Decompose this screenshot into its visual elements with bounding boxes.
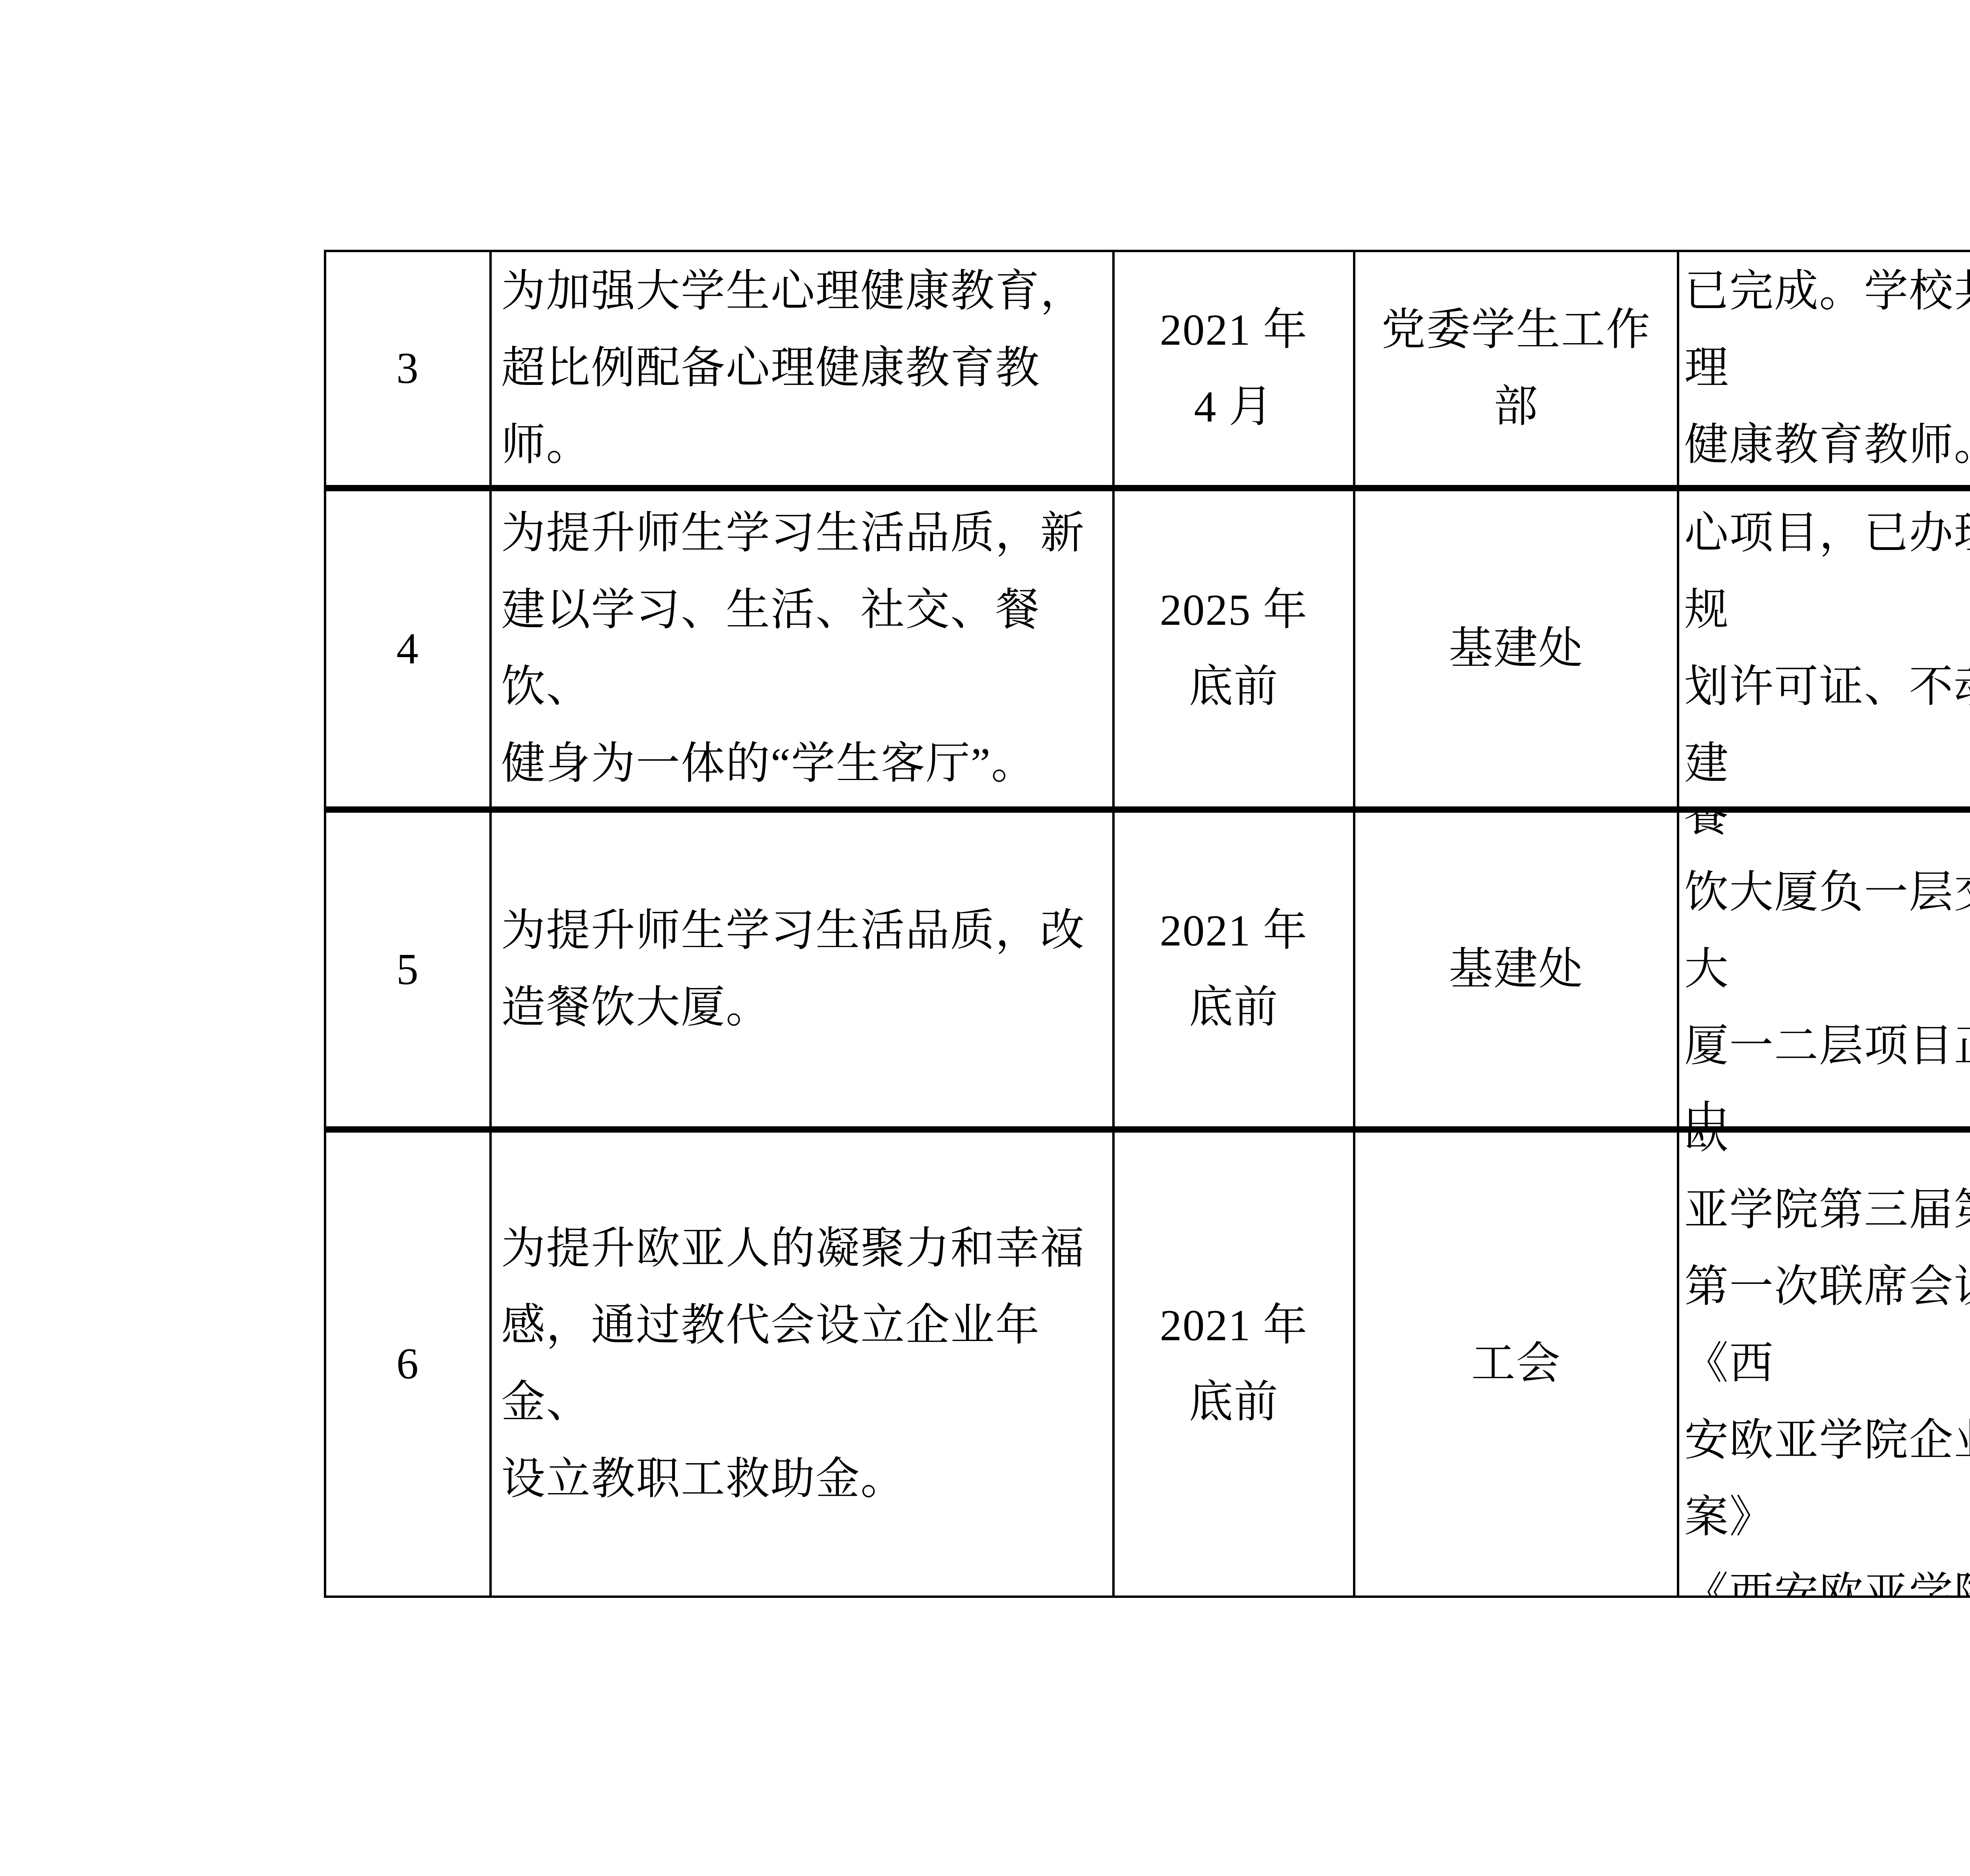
cell-department-text: 党委学生工作 部	[1360, 292, 1672, 446]
cell-no-text: 3	[330, 330, 485, 407]
cell-department-text: 基建处	[1360, 611, 1672, 687]
cell-status-row3: 已完成。学校共计配备 9 名心理 健康教育教师。	[1679, 252, 1970, 491]
cell-department-row6: 工会	[1355, 1133, 1679, 1596]
cell-task-text: 为加强大学生心理健康教育， 超比例配备心理健康教育教 师。	[501, 253, 1102, 484]
cell-deadline-text: 2021 年 4 月	[1119, 292, 1349, 446]
cell-no-row3: 3	[326, 252, 492, 491]
cell-no-row6: 6	[326, 1133, 492, 1596]
cell-deadline-row6: 2021 年 底前	[1115, 1133, 1355, 1596]
cell-department-row5: 基建处	[1355, 813, 1679, 1133]
cell-task-text: 为提升师生学习生活品质，新 建以学习、生活、社交、餐饮、 健身为一体的“学生客厅…	[501, 495, 1102, 802]
cell-deadline-text: 2021 年 底前	[1119, 893, 1349, 1046]
cell-status-row4: 阶段完成情况。学校西区服务中 心项目，已办理完成建设用地规 划许可证、不动产权登…	[1679, 491, 1970, 813]
cell-status-row5: 阶段完成情况。2020 年 8 月，餐 饮大厦负一层交付使用。餐饮大 厦一二层项…	[1679, 813, 1970, 1133]
completion-table: 3为加强大学生心理健康教育， 超比例配备心理健康教育教 师。2021 年 4 月…	[324, 250, 1970, 1598]
cell-task-row6: 为提升欧亚人的凝聚力和幸福 感，通过教代会设立企业年金、 设立教职工救助金。	[492, 1133, 1115, 1596]
cell-deadline-row4: 2025 年 底前	[1115, 491, 1355, 813]
cell-department-row3: 党委学生工作 部	[1355, 252, 1679, 491]
cell-deadline-text: 2025 年 底前	[1119, 572, 1349, 726]
cell-task-row5: 为提升师生学习生活品质，改 造餐饮大厦。	[492, 813, 1115, 1133]
cell-status-text: 已完成。5 月 13 日，举行西安欧 亚学院第三届第三次“双代会” 第一次联席会…	[1684, 1133, 1970, 1596]
cell-task-text: 为提升师生学习生活品质，改 造餐饮大厦。	[501, 893, 1102, 1046]
cell-deadline-row5: 2021 年 底前	[1115, 813, 1355, 1133]
cell-task-row4: 为提升师生学习生活品质，新 建以学习、生活、社交、餐饮、 健身为一体的“学生客厅…	[492, 491, 1115, 813]
cell-no-text: 5	[330, 931, 485, 1008]
cell-department-text: 工会	[1360, 1326, 1672, 1402]
cell-no-text: 6	[330, 1326, 485, 1402]
cell-deadline-text: 2021 年 底前	[1119, 1287, 1349, 1441]
cell-no-row4: 4	[326, 491, 492, 813]
cell-no-text: 4	[330, 611, 485, 687]
document-page: 3为加强大学生心理健康教育， 超比例配备心理健康教育教 师。2021 年 4 月…	[0, 0, 1970, 1876]
cell-no-row5: 5	[326, 813, 492, 1133]
cell-task-row3: 为加强大学生心理健康教育， 超比例配备心理健康教育教 师。	[492, 252, 1115, 491]
cell-status-row6: 已完成。5 月 13 日，举行西安欧 亚学院第三届第三次“双代会” 第一次联席会…	[1679, 1133, 1970, 1596]
cell-task-text: 为提升欧亚人的凝聚力和幸福 感，通过教代会设立企业年金、 设立教职工救助金。	[501, 1211, 1102, 1518]
cell-status-text: 已完成。学校共计配备 9 名心理 健康教育教师。	[1684, 253, 1970, 484]
cell-department-text: 基建处	[1360, 931, 1672, 1008]
cell-department-row4: 基建处	[1355, 491, 1679, 813]
cell-deadline-row3: 2021 年 4 月	[1115, 252, 1355, 491]
cell-status-text: 阶段完成情况。2020 年 8 月，餐 饮大厦负一层交付使用。餐饮大 厦一二层项…	[1684, 813, 1970, 1133]
cell-status-text: 阶段完成情况。学校西区服务中 心项目，已办理完成建设用地规 划许可证、不动产权登…	[1684, 491, 1970, 813]
